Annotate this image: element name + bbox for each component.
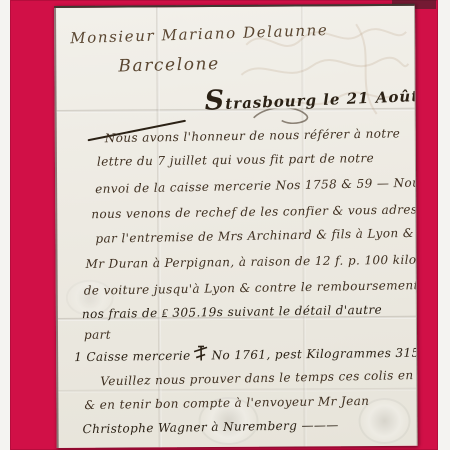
dateline-flourish — [252, 108, 312, 126]
letter-line: Mr Duran à Perpignan, à raison de 12 f. … — [85, 252, 417, 271]
shipment-line: 1 Caisse mercerieNo 1761, pest Kilogramm… — [74, 342, 418, 364]
destination-line: Barcelone — [118, 54, 220, 76]
letter-line: envoi de la caisse mercerie Nos 1758 & 5… — [95, 175, 418, 196]
auction-photo-of-letter: { "photo": { "mat_color": "#d11047", "pa… — [0, 0, 450, 450]
letter-line: lettre du 7 juillet qui vous fit part de… — [97, 151, 374, 169]
letter-line: Nous avons l'honneur de nous référer à n… — [105, 126, 401, 145]
fold-crease — [58, 388, 416, 393]
letter-line: & en tenir bon compte à l'envoyeur Mr Je… — [84, 394, 369, 412]
letter-line: de voiture jusqu'à Lyon & contre le remb… — [84, 278, 418, 298]
letter-line: Christophe Wagner à Nuremberg ——— — [82, 418, 338, 436]
crimson-photo-mat: Monsieur Mariano Delaunne Barcelone Stra… — [10, 0, 438, 450]
shipment-prefix: 1 Caisse mercerie — [74, 349, 191, 365]
letter-line: part — [84, 328, 111, 342]
letter-line: nous venons de rechef de les confier & v… — [91, 202, 418, 221]
merchant-bale-mark-icon — [193, 345, 208, 361]
letter-paper: Monsieur Mariano Delaunne Barcelone Stra… — [54, 4, 418, 448]
letter-line: Veuillez nous prouver dans le temps ces … — [100, 367, 418, 388]
shipment-suffix: No 1761, pest Kilogrammes 315. — — [211, 345, 417, 362]
letter-line: par l'entremise de Mrs Archinard & fils … — [95, 226, 414, 246]
